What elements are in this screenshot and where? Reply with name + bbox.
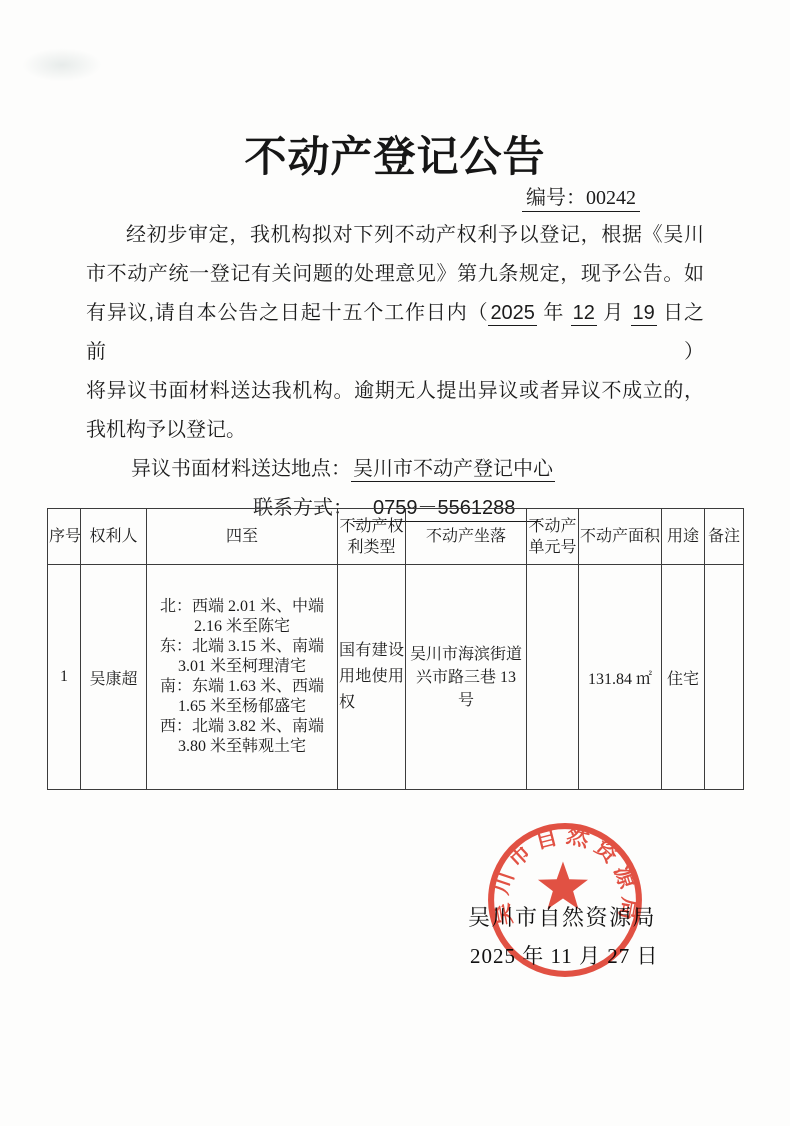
boundary-south: 南：东端 1.63 米、西端 1.65 米至杨郁盛宅 bbox=[148, 677, 336, 717]
body-line-5: 我机构予以登记。 bbox=[86, 411, 704, 450]
table-header-row: 序号 权利人 四至 不动产权利类型 不动产坐落 不动产单元号 不动产面积 用途 … bbox=[48, 509, 744, 565]
delivery-address-label: 异议书面材料送达地点： bbox=[131, 458, 351, 480]
body-line-3: 有异议,请自本公告之日起十五个工作日内（2025 年 12 月 19 日之前） bbox=[86, 294, 704, 372]
body-line-2: 市不动产统一登记有关问题的处理意见》第九条规定，现予公告。如 bbox=[86, 255, 704, 294]
registration-table: 序号 权利人 四至 不动产权利类型 不动产坐落 不动产单元号 不动产面积 用途 … bbox=[47, 508, 744, 790]
cell-right-type: 国有建设用地使用权 bbox=[338, 565, 406, 790]
delivery-address-line: 异议书面材料送达地点：吴川市不动产登记中心 bbox=[86, 450, 704, 489]
issue-date: 2025 年 11 月 27 日 bbox=[470, 940, 658, 970]
delivery-address-value: 吴川市不动产登记中心 bbox=[351, 458, 555, 482]
header-usage: 用途 bbox=[662, 509, 705, 565]
page-title: 不动产登记公告 bbox=[0, 124, 790, 184]
header-boundaries: 四至 bbox=[147, 509, 338, 565]
deadline-day: 19 bbox=[631, 302, 657, 326]
cell-unit-no bbox=[527, 565, 579, 790]
cell-index: 1 bbox=[48, 565, 81, 790]
body-line-1: 经初步审定，我机构拟对下列不动产权利予以登记，根据《吴川 bbox=[86, 216, 704, 255]
header-location: 不动产坐落 bbox=[406, 509, 527, 565]
location-line-1: 吴川市海滨街道 bbox=[407, 643, 525, 666]
right-type-text: 国有建设用地使用权 bbox=[339, 638, 404, 716]
deadline-month: 12 bbox=[571, 302, 597, 326]
header-index: 序号 bbox=[48, 509, 81, 565]
header-area: 不动产面积 bbox=[579, 509, 662, 565]
header-owner: 权利人 bbox=[81, 509, 147, 565]
deadline-year: 2025 bbox=[488, 302, 537, 326]
header-right-type: 不动产权利类型 bbox=[338, 509, 406, 565]
boundary-north: 北：西端 2.01 米、中端 2.16 米至陈宅 bbox=[148, 597, 336, 637]
location-line-2: 兴市路三巷 13 号 bbox=[407, 666, 525, 712]
document-page: 不动产登记公告 编号：00242 经初步审定，我机构拟对下列不动产权利予以登记，… bbox=[0, 0, 790, 1126]
boundary-west: 西：北端 3.82 米、南端 3.80 米至韩观土宅 bbox=[148, 717, 336, 757]
announcement-body: 经初步审定，我机构拟对下列不动产权利予以登记，根据《吴川 市不动产统一登记有关问… bbox=[86, 216, 704, 528]
doc-number-value: 00242 bbox=[586, 187, 636, 209]
body-line-3-prefix: 有异议,请自本公告之日起十五个工作日内（ bbox=[86, 302, 488, 324]
table-row: 1 吴康超 北：西端 2.01 米、中端 2.16 米至陈宅 东：北端 3.15… bbox=[48, 565, 744, 790]
header-remark: 备注 bbox=[705, 509, 744, 565]
doc-number: 编号：00242 bbox=[0, 181, 790, 210]
cell-location: 吴川市海滨街道 兴市路三巷 13 号 bbox=[406, 565, 527, 790]
scan-artifact bbox=[22, 48, 102, 82]
doc-number-underline: 编号：00242 bbox=[522, 187, 640, 212]
boundary-east: 东：北端 3.15 米、南端 3.01 米至柯理清宅 bbox=[148, 637, 336, 677]
doc-number-label: 编号： bbox=[526, 187, 586, 209]
cell-owner: 吴康超 bbox=[81, 565, 147, 790]
cell-boundaries: 北：西端 2.01 米、中端 2.16 米至陈宅 东：北端 3.15 米、南端 … bbox=[147, 565, 338, 790]
cell-area: 131.84 ㎡ bbox=[579, 565, 662, 790]
body-line-3-mid1: 年 bbox=[537, 302, 571, 324]
issuer-name: 吴川市自然资源局 bbox=[468, 901, 656, 932]
header-unit-no: 不动产单元号 bbox=[527, 509, 579, 565]
body-line-3-mid2: 月 bbox=[597, 302, 631, 324]
cell-remark bbox=[705, 565, 744, 790]
body-line-4: 将异议书面材料送达我机构。逾期无人提出异议或者异议不成立的， bbox=[86, 372, 704, 411]
cell-usage: 住宅 bbox=[662, 565, 705, 790]
